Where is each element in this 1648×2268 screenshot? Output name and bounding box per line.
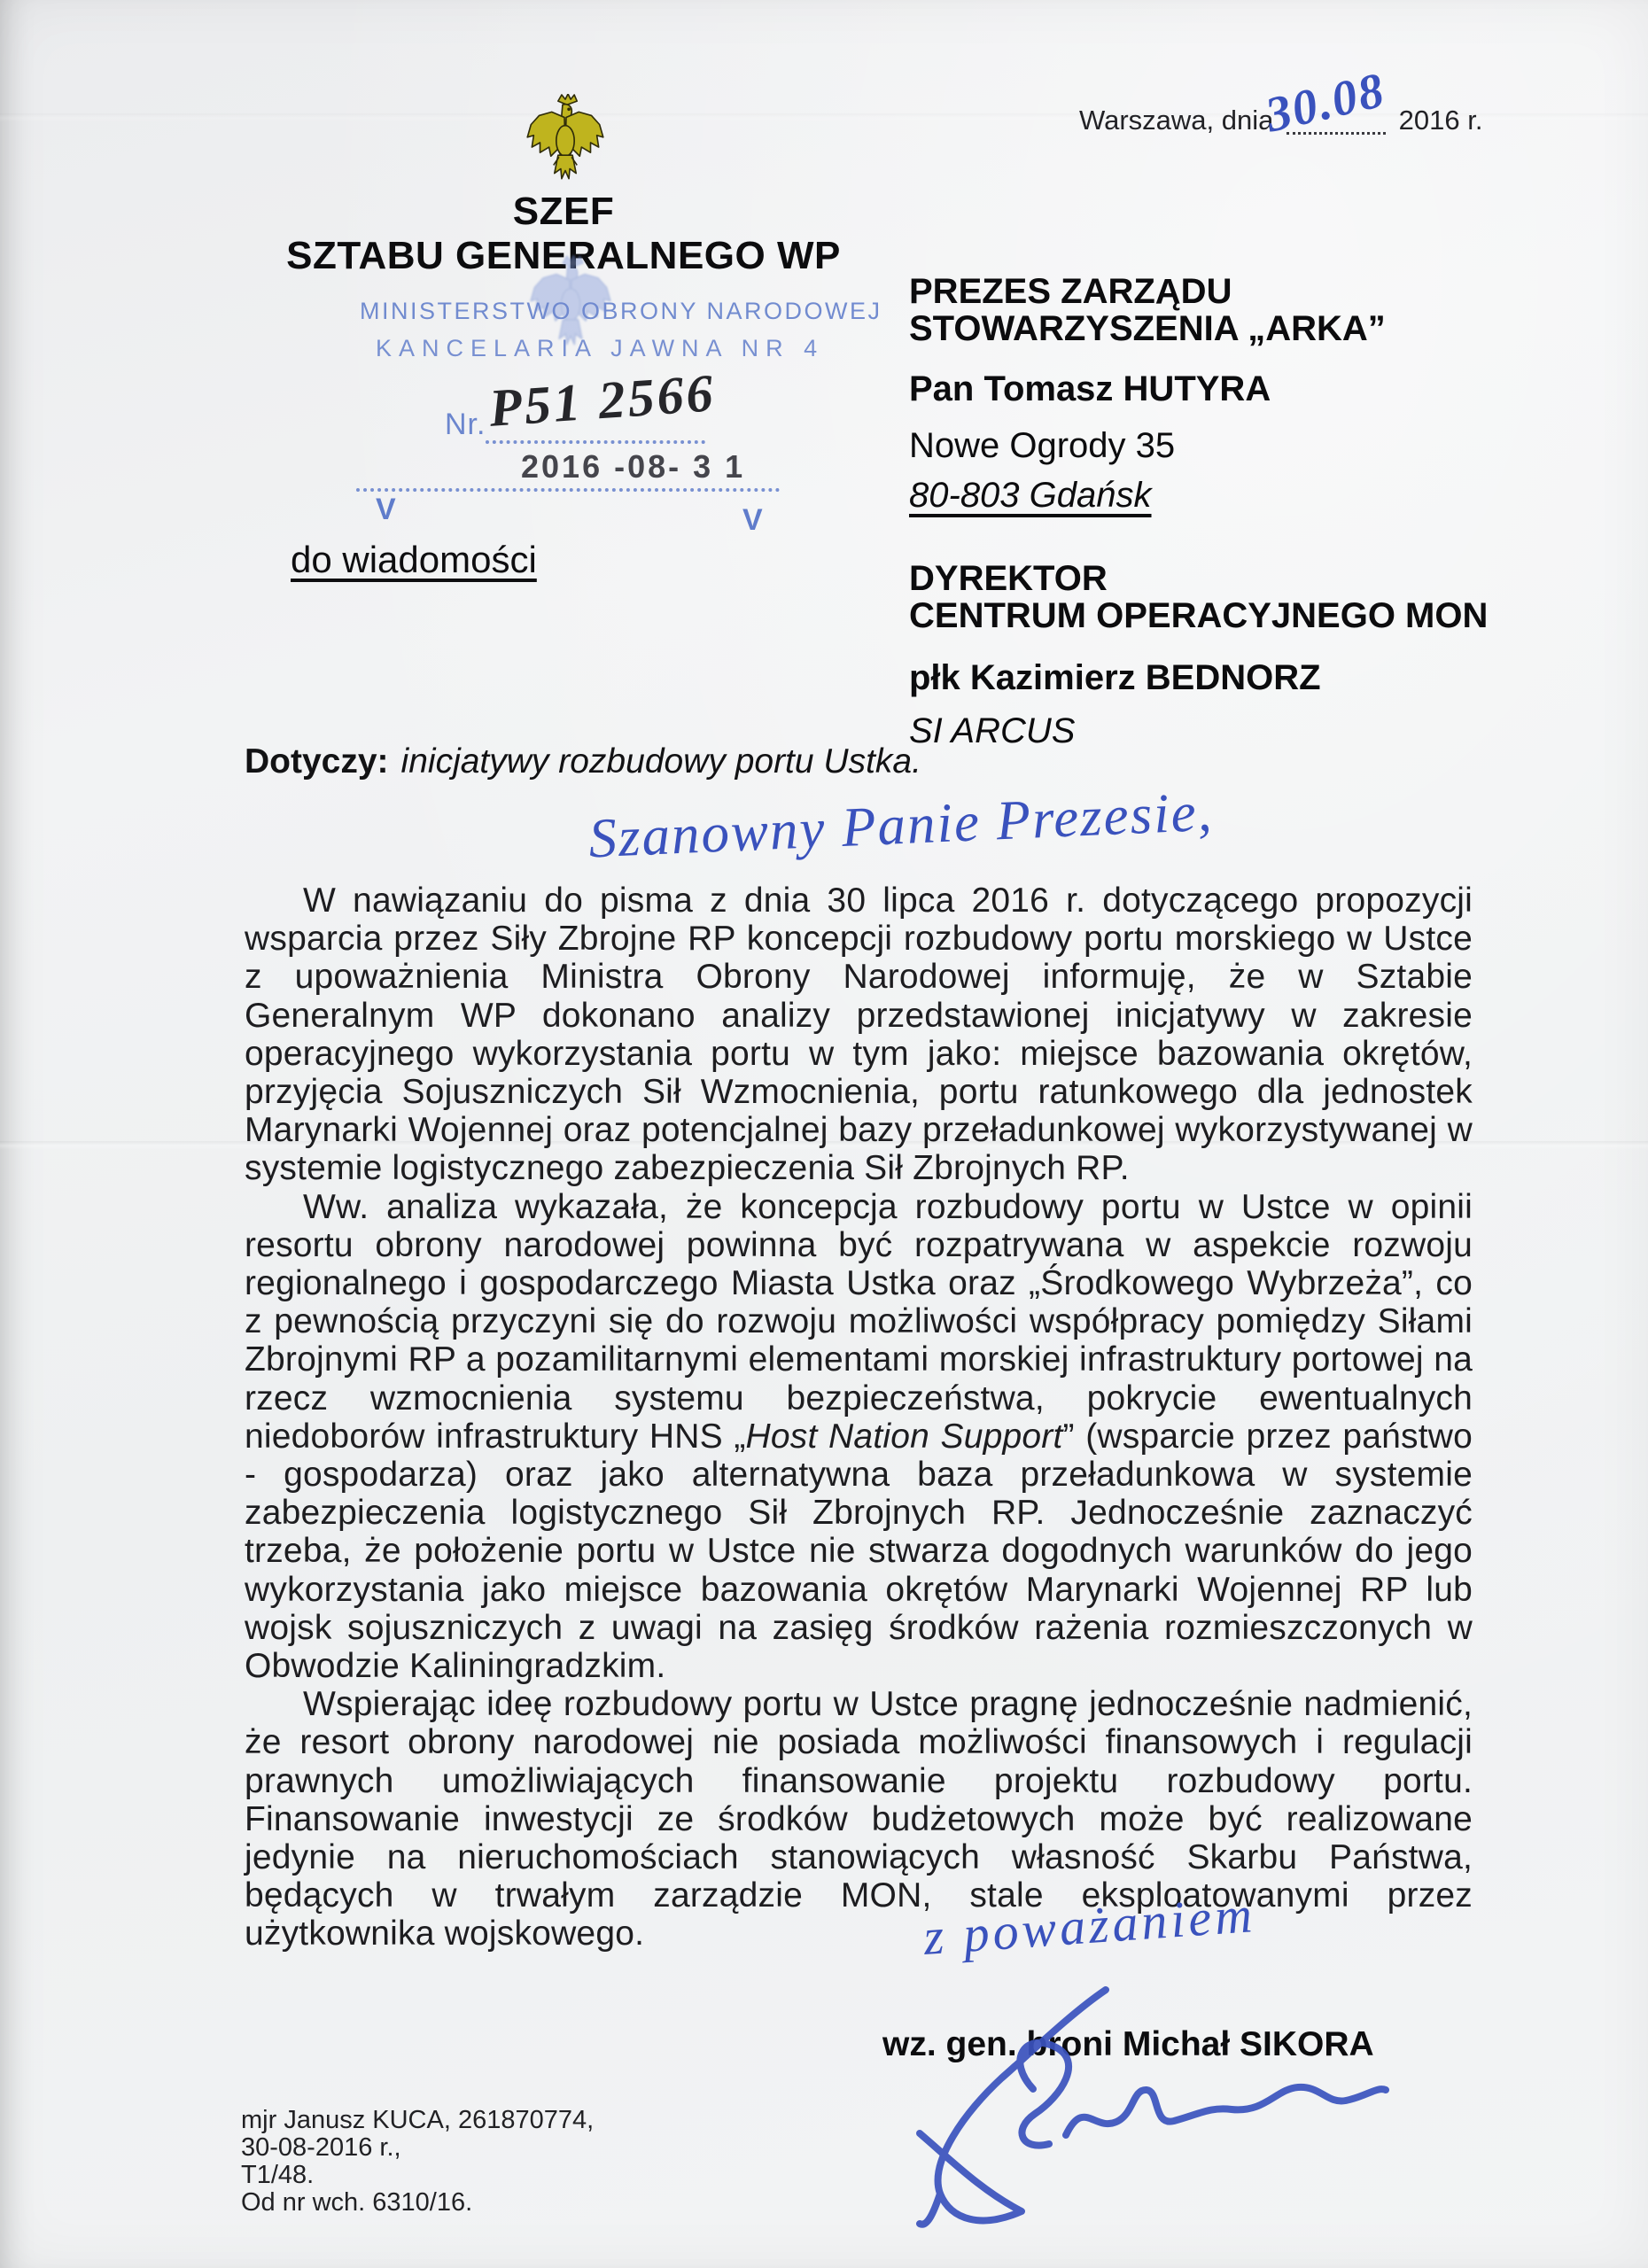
body-paragraph-2-text: Ww. analiza wykazała, że koncepcja rozbu… <box>245 1188 1473 1456</box>
body-paragraph-2-text-end: ” (wsparcie przez państwo - gospodarza) … <box>245 1417 1473 1685</box>
date-suffix: 2016 r. <box>1399 105 1483 136</box>
recipient-city: 80-803 Gdańsk <box>909 476 1152 516</box>
stamp-date: 2016 -08- 3 1 <box>521 448 745 485</box>
stamp-nr-label: Nr. <box>445 408 486 442</box>
stamp-check-left: V <box>376 493 396 527</box>
footer-line-date: 30-08-2016 r., <box>241 2134 594 2162</box>
stamp-number-handwritten: P51 2566 <box>487 362 718 439</box>
footer-line-incoming-number: Od nr wch. 6310/16. <box>241 2189 594 2217</box>
footer-line-ref: T1/48. <box>241 2162 594 2189</box>
recipient-street: Nowe Ogrody 35 <box>909 426 1175 466</box>
cc-title-line2: CENTRUM OPERACYJNEGO MON <box>909 596 1488 636</box>
stamp-check-right: V <box>742 503 763 538</box>
body-paragraph-2-italic: Host Nation Support <box>746 1417 1063 1456</box>
body-paragraph-3: Wspierając ideę rozbudowy portu w Ustce … <box>245 1685 1473 1953</box>
eagle-eye <box>567 107 571 111</box>
footer-block: mjr Janusz KUCA, 261870774, 30-08-2016 r… <box>241 2107 594 2217</box>
stamp-office-line: KANCELARIA JAWNA NR 4 <box>376 335 824 362</box>
stamp-dotted-line-2 <box>356 488 780 492</box>
body-paragraph-1: W nawiązaniu do pisma z dnia 30 lipca 20… <box>245 882 1473 1188</box>
scanned-letter-page: Warszawa, dnia 2016 r. 30.08 SZEF SZTABU… <box>0 0 1648 2268</box>
subject-label: Dotyczy: <box>245 742 389 781</box>
polish-eagle-emblem-icon <box>525 94 606 193</box>
handwritten-greeting: Szanowny Panie Prezesie, <box>587 767 1502 872</box>
date-prefix: Warszawa, dnia <box>1079 105 1273 136</box>
letter-body: W nawiązaniu do pisma z dnia 30 lipca 20… <box>245 882 1473 1953</box>
subject-line: Dotyczy:inicjatywy rozbudowy portu Ustka… <box>245 742 921 781</box>
distribution-note: do wiadomości <box>291 539 537 581</box>
footer-line-officer: mjr Janusz KUCA, 261870774, <box>241 2107 594 2134</box>
cc-note: SI ARCUS <box>909 711 1075 751</box>
subject-text: inicjatywy rozbudowy portu Ustka. <box>401 742 921 781</box>
recipient-name: Pan Tomasz HUTYRA <box>909 369 1271 409</box>
cc-name: płk Kazimierz BEDNORZ <box>909 658 1321 698</box>
stamp-org-line: MINISTERSTWO OBRONY NARODOWEJ <box>360 298 882 325</box>
recipient-title-line1: PREZES ZARZĄDU <box>909 272 1232 312</box>
sender-title-line1: SZEF <box>253 190 874 234</box>
cc-title-line1: DYREKTOR <box>909 559 1108 599</box>
recipient-title-line2: STOWARZYSZENIA „ARKA” <box>909 309 1386 349</box>
stamp-dotted-line-1 <box>486 440 705 444</box>
signature-scrawl-icon <box>884 1983 1394 2231</box>
body-paragraph-2: Ww. analiza wykazała, że koncepcja rozbu… <box>245 1188 1473 1686</box>
